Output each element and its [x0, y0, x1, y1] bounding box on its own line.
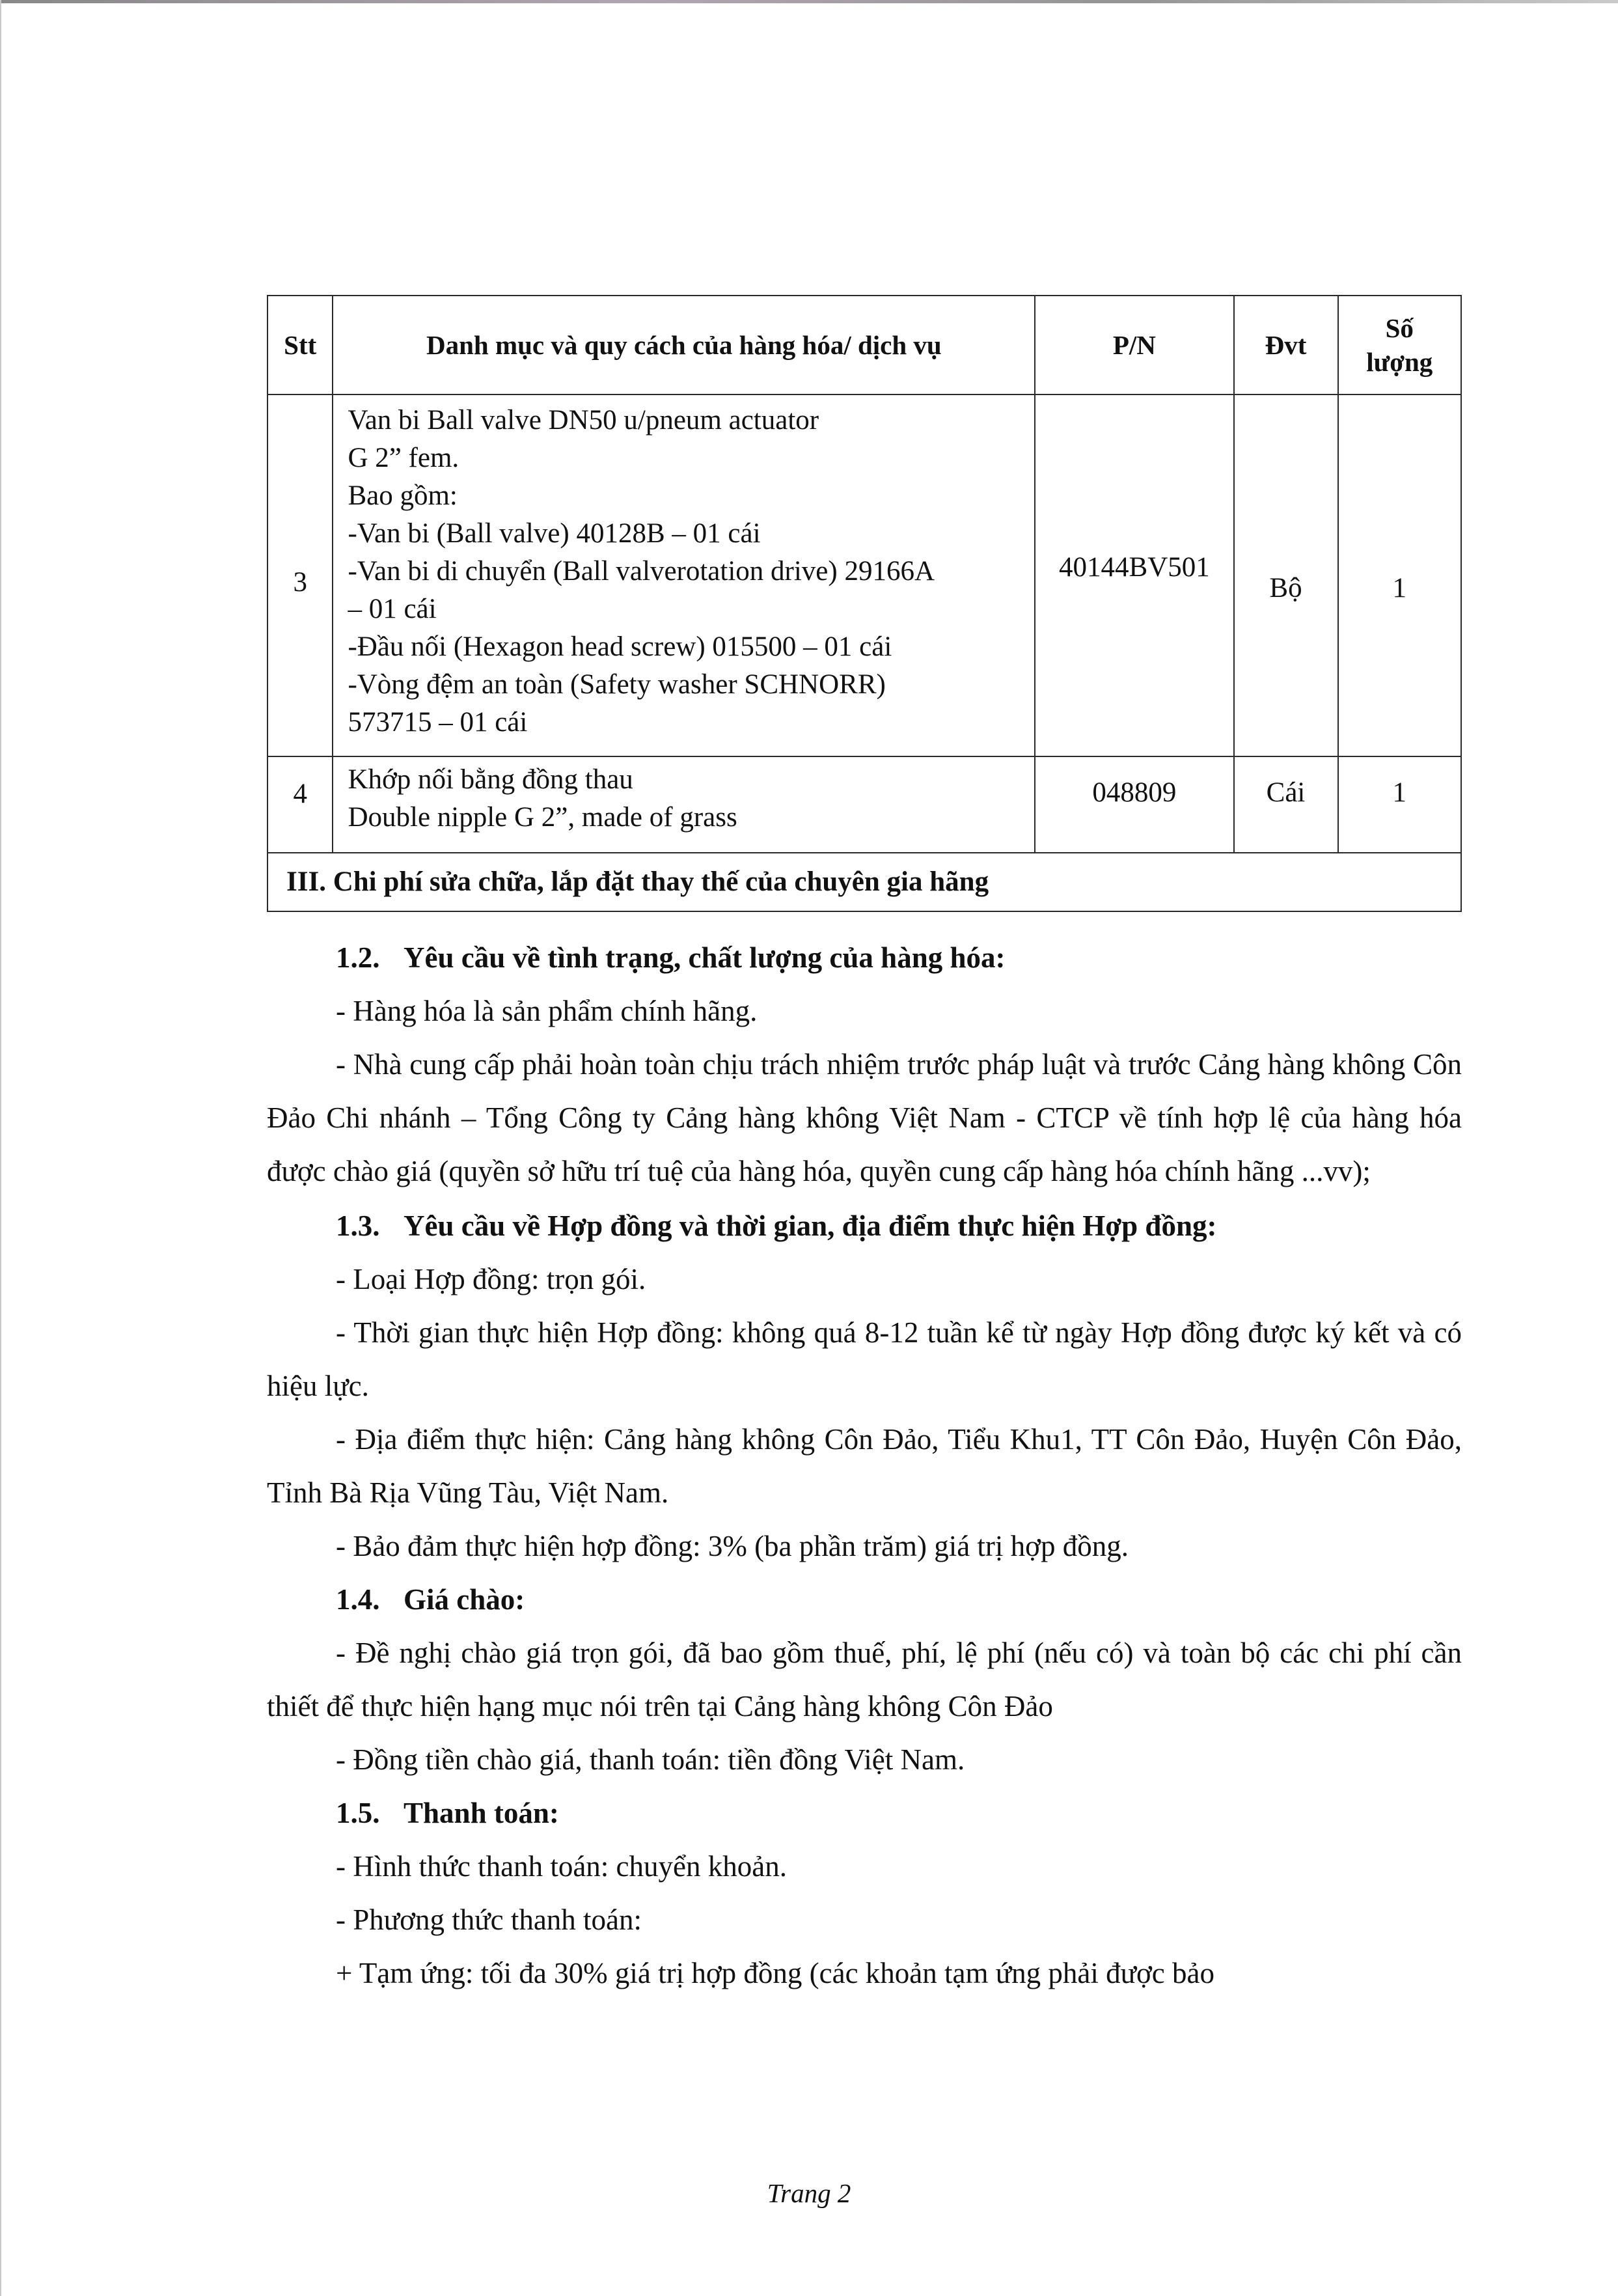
header-stt: Stt [267, 296, 333, 394]
paragraph: - Đề nghị chào giá trọn gói, đã bao gồm … [267, 1626, 1462, 1733]
section-heading: 1.5.Thanh toán: [267, 1786, 1462, 1840]
section-number: 1.4. [336, 1573, 404, 1626]
header-quantity: Số lượng [1338, 296, 1462, 394]
table-row: 3 Van bi Ball valve DN50 u/pneum actuato… [267, 394, 1461, 756]
description-line: -Van bi (Ball valve) 40128B – 01 cái [348, 515, 1034, 553]
row-quantity: 1 [1338, 756, 1462, 853]
section-heading: 1.2.Yêu cầu về tình trạng, chất lượng củ… [267, 931, 1462, 984]
row-description: Khớp nối bằng đồng thau Double nipple G … [333, 756, 1035, 853]
section-number: 1.5. [336, 1786, 404, 1840]
section-number: 1.3. [336, 1199, 404, 1252]
section-row: III. Chi phí sửa chữa, lắp đặt thay thế … [267, 853, 1461, 911]
paragraph: - Loại Hợp đồng: trọn gói. [267, 1252, 1462, 1306]
paragraph: - Bảo đảm thực hiện hợp đồng: 3% (ba phầ… [267, 1519, 1462, 1573]
description-line: -Vòng đệm an toàn (Safety washer SCHNORR… [348, 666, 1034, 704]
section-title: Yêu cầu về Hợp đồng và thời gian, địa đi… [404, 1210, 1216, 1242]
header-quantity-line1: Số [1386, 313, 1414, 343]
section-title: Giá chào: [404, 1583, 525, 1616]
paragraph: + Tạm ứng: tối đa 30% giá trị hợp đồng (… [267, 1946, 1462, 2000]
section-heading: 1.4.Giá chào: [267, 1573, 1462, 1626]
paragraph: - Địa điểm thực hiện: Cảng hàng không Cô… [267, 1413, 1462, 1519]
description-line: 573715 – 01 cái [348, 704, 1034, 741]
section-title: Yêu cầu về tình trạng, chất lượng của hà… [404, 941, 1006, 974]
description-line: Double nipple G 2”, made of grass [348, 799, 1034, 837]
paragraph: - Phương thức thanh toán: [267, 1893, 1462, 1946]
section-row-title: III. Chi phí sửa chữa, lắp đặt thay thế … [267, 853, 1461, 911]
section-number: 1.2. [336, 931, 404, 984]
header-description: Danh mục và quy cách của hàng hóa/ dịch … [333, 296, 1035, 394]
scan-left-edge [0, 0, 1, 2296]
description-line: G 2” fem. [348, 439, 1034, 477]
row-part-number: 40144BV501 [1035, 394, 1233, 756]
section-heading: 1.3.Yêu cầu về Hợp đồng và thời gian, đị… [267, 1199, 1462, 1252]
row-stt: 3 [267, 394, 333, 756]
row-description: Van bi Ball valve DN50 u/pneum actuator … [333, 394, 1035, 756]
header-part-number: P/N [1035, 296, 1233, 394]
scan-edge [0, 0, 1618, 3]
document-body: 1.2.Yêu cầu về tình trạng, chất lượng củ… [267, 931, 1462, 2000]
row-unit: Bộ [1234, 394, 1338, 756]
paragraph: - Thời gian thực hiện Hợp đồng: không qu… [267, 1306, 1462, 1413]
header-quantity-line2: lượng [1366, 347, 1433, 377]
paragraph: - Hình thức thanh toán: chuyển khoản. [267, 1840, 1462, 1893]
row-part-number: 048809 [1035, 756, 1233, 853]
row-quantity: 1 [1338, 394, 1462, 756]
description-line: -Đầu nối (Hexagon head screw) 015500 – 0… [348, 628, 1034, 666]
row-unit: Cái [1234, 756, 1338, 853]
paragraph: - Đồng tiền chào giá, thanh toán: tiền đ… [267, 1733, 1462, 1786]
paragraph: - Hàng hóa là sản phẩm chính hãng. [267, 984, 1462, 1038]
description-line: -Van bi di chuyển (Ball valverotation dr… [348, 553, 1034, 590]
row-stt: 4 [267, 756, 333, 853]
description-line: – 01 cái [348, 590, 1034, 628]
description-line: Khớp nối bằng đồng thau [348, 761, 1034, 799]
goods-table: Stt Danh mục và quy cách của hàng hóa/ d… [267, 295, 1462, 912]
page-number: Trang 2 [0, 2178, 1618, 2209]
table-row: 4 Khớp nối bằng đồng thau Double nipple … [267, 756, 1461, 853]
description-line: Bao gồm: [348, 477, 1034, 515]
section-title: Thanh toán: [404, 1797, 559, 1829]
paragraph: - Nhà cung cấp phải hoàn toàn chịu trách… [267, 1038, 1462, 1198]
header-unit: Đvt [1234, 296, 1338, 394]
table-header-row: Stt Danh mục và quy cách của hàng hóa/ d… [267, 296, 1461, 394]
description-line: Van bi Ball valve DN50 u/pneum actuator [348, 402, 1034, 439]
